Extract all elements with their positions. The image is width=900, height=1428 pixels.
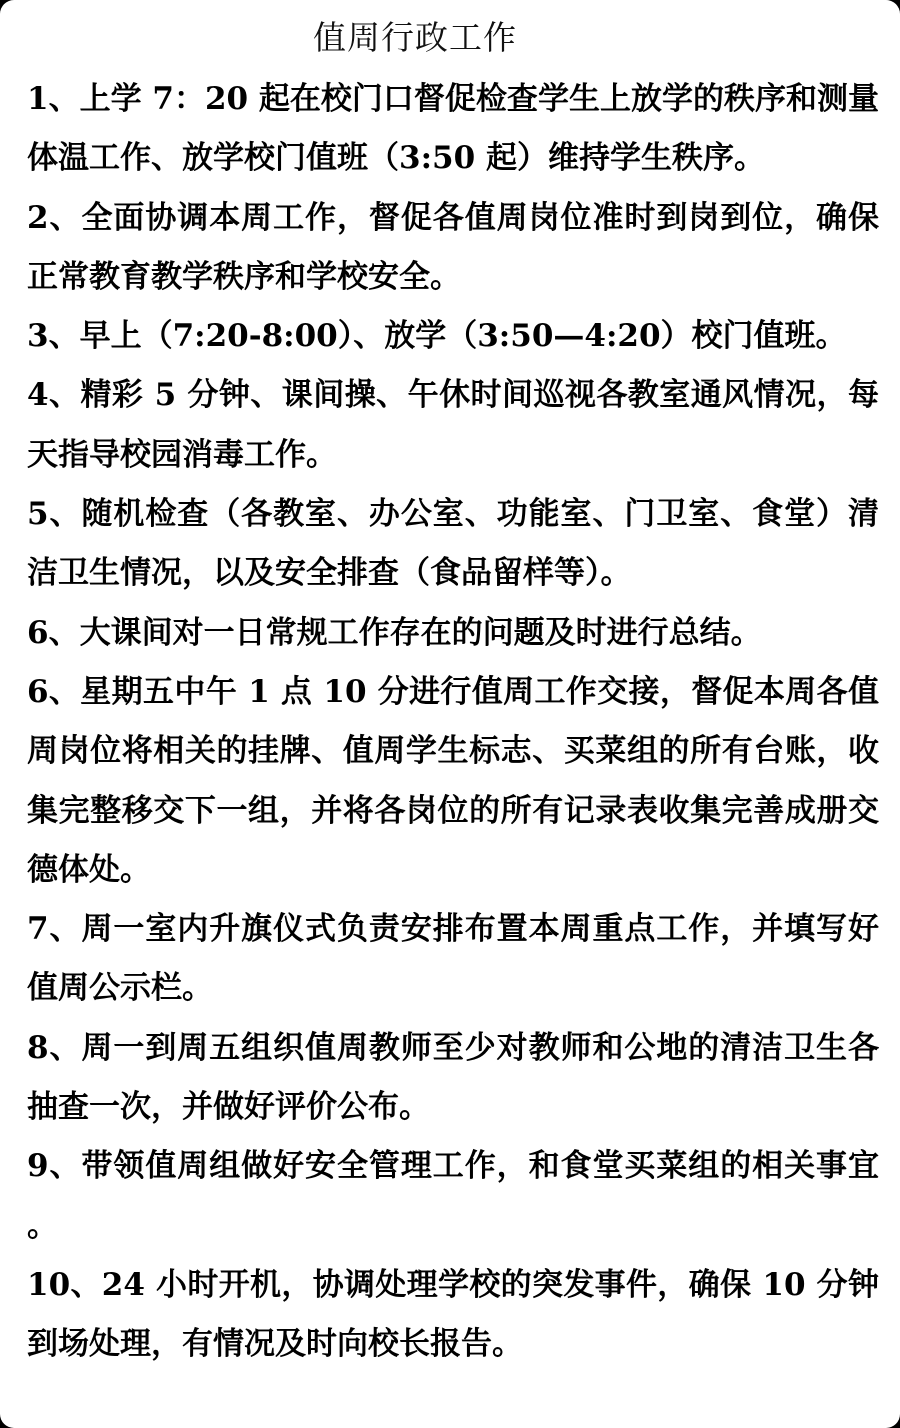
- duty-item-5: 5、随机检查（各教室、办公室、功能室、门卫室、食堂）清洁卫生情况，以及安全排查（…: [27, 485, 879, 604]
- duty-item-1: 1、上学 7：20 起在校门口督促检查学生上放学的秩序和测量体温工作、放学校门值…: [27, 70, 879, 189]
- duty-item-3: 3、早上（7:20-8:00）、放学（3:50—4:20）校门值班。: [27, 307, 879, 366]
- duty-list: 1、上学 7：20 起在校门口督促检查学生上放学的秩序和测量体温工作、放学校门值…: [27, 70, 879, 1375]
- document-page: 值周行政工作 1、上学 7：20 起在校门口督促检查学生上放学的秩序和测量体温工…: [0, 0, 900, 1428]
- duty-item-2: 2、全面协调本周工作，督促各值周岗位准时到岗到位，确保正常教育教学秩序和学校安全…: [27, 189, 879, 308]
- document-title: 值周行政工作: [0, 17, 830, 59]
- duty-item-7: 7、周一室内升旗仪式负责安排布置本周重点工作，并填写好值周公示栏。: [27, 900, 879, 1019]
- duty-item-4: 4、精彩 5 分钟、课间操、午休时间巡视各教室通风情况，每天指导校园消毒工作。: [27, 366, 879, 485]
- duty-item-8: 8、周一到周五组织值周教师至少对教师和公地的清洁卫生各抽查一次，并做好评价公布。: [27, 1019, 879, 1138]
- duty-item-6a: 6、大课间对一日常规工作存在的问题及时进行总结。: [27, 604, 879, 663]
- duty-item-10: 10、24 小时开机，协调处理学校的突发事件，确保 10 分钟到场处理，有情况及…: [27, 1256, 879, 1375]
- duty-item-6b: 6、星期五中午 1 点 10 分进行值周工作交接，督促本周各值周岗位将相关的挂牌…: [27, 663, 879, 900]
- duty-item-9: 9、带领值周组做好安全管理工作，和食堂买菜组的相关事宜。: [27, 1137, 879, 1256]
